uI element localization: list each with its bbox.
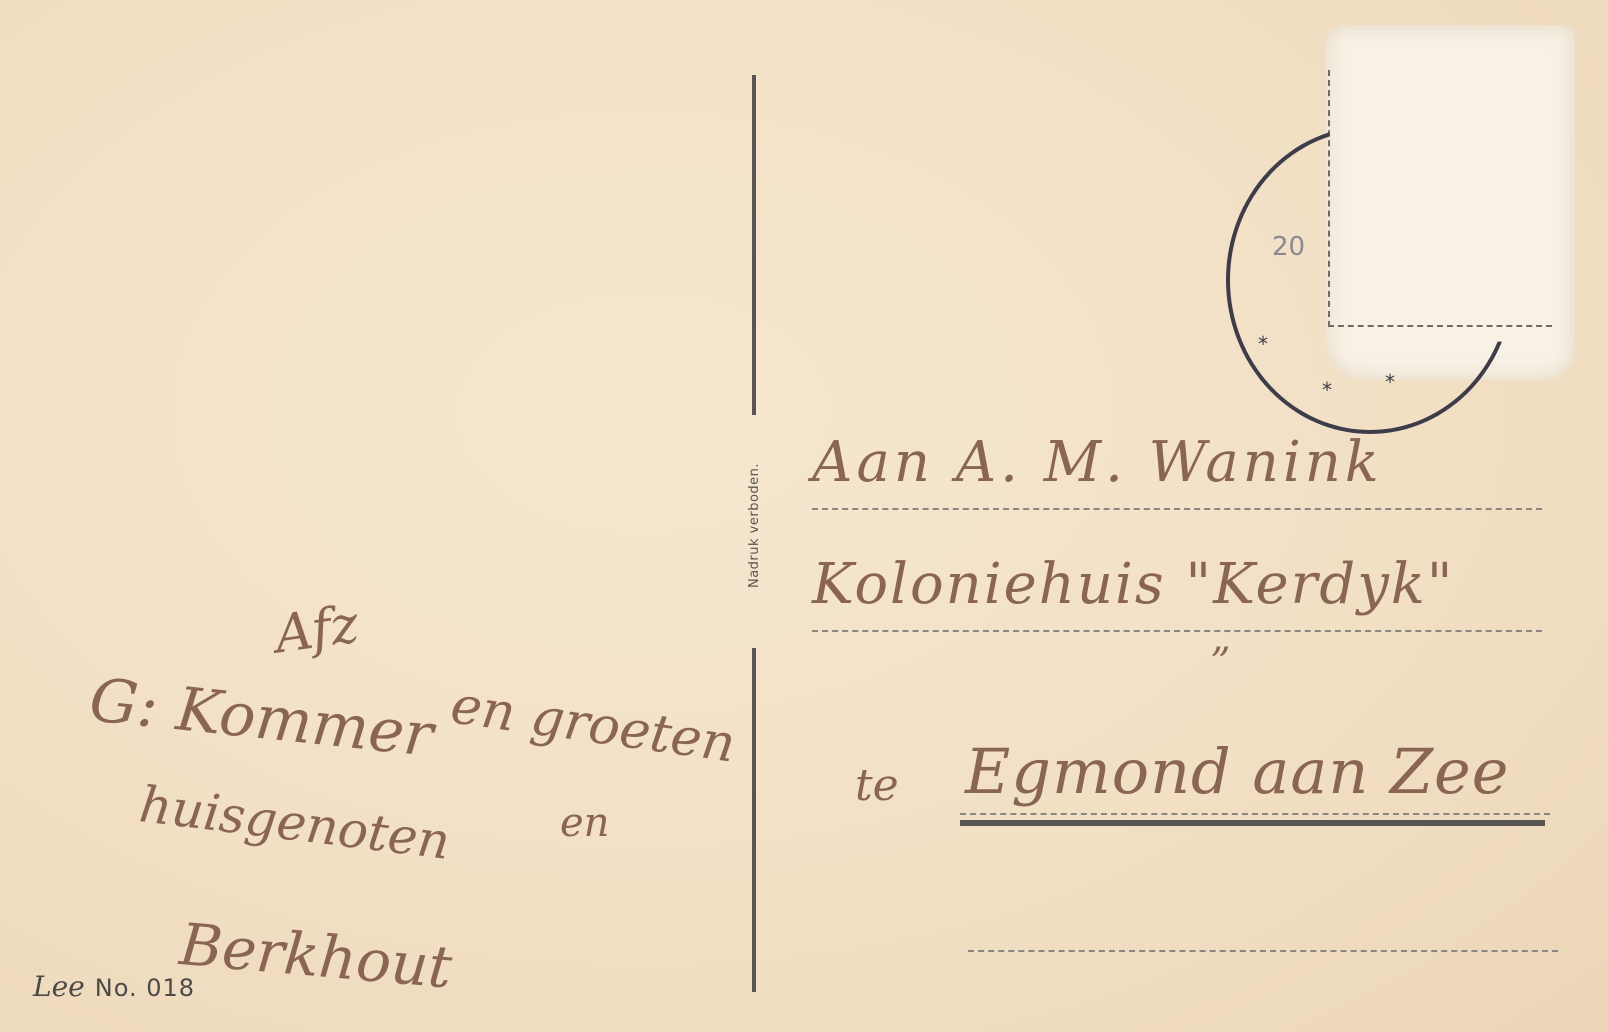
center-divider-bottom xyxy=(752,648,756,992)
publisher-logo: Lee xyxy=(33,970,85,1003)
address-ditto-mark: ” xyxy=(1210,640,1230,686)
stamp-placement-box xyxy=(1328,70,1552,327)
reprint-prohibited-text: Nadruk verboden. xyxy=(748,462,763,587)
message-line-2-greeting: en groeten xyxy=(447,675,739,774)
address-line-2: Koloniehuis "Kerdyk" xyxy=(812,552,1455,617)
address-line-3-city: Egmond aan Zee xyxy=(965,735,1509,808)
address-dotted-line-4 xyxy=(968,950,1558,952)
publisher-mark: Lee No. 018 xyxy=(33,970,195,1003)
center-divider-top xyxy=(752,75,756,415)
message-line-3: huisgenoten xyxy=(136,775,453,871)
postcard-back: 20 * * * Nadruk verboden. Aan A. M. Wani… xyxy=(0,0,1608,1032)
address-line-3-prefix: te xyxy=(855,760,899,811)
address-dotted-line-2 xyxy=(812,630,1542,632)
address-line-1: Aan A. M. Wanink xyxy=(812,430,1383,495)
postmark-star-icon: * xyxy=(1258,332,1268,356)
message-line-2-name: G: Kommer xyxy=(86,665,436,771)
message-line-3-conj: en xyxy=(560,800,609,846)
postmark-star-icon: * xyxy=(1385,370,1395,394)
postmark-star-icon: * xyxy=(1322,378,1332,402)
address-dotted-line-3 xyxy=(960,813,1550,815)
postmark-date: 20 xyxy=(1272,232,1305,262)
divider-notice: Nadruk verboden. xyxy=(740,410,770,640)
city-underline-bar xyxy=(960,820,1545,826)
message-line-1: Afz xyxy=(271,594,362,665)
address-dotted-line-1 xyxy=(812,508,1542,510)
message-line-place: Berkhout xyxy=(177,910,455,1002)
card-number: No. 018 xyxy=(95,974,195,1002)
